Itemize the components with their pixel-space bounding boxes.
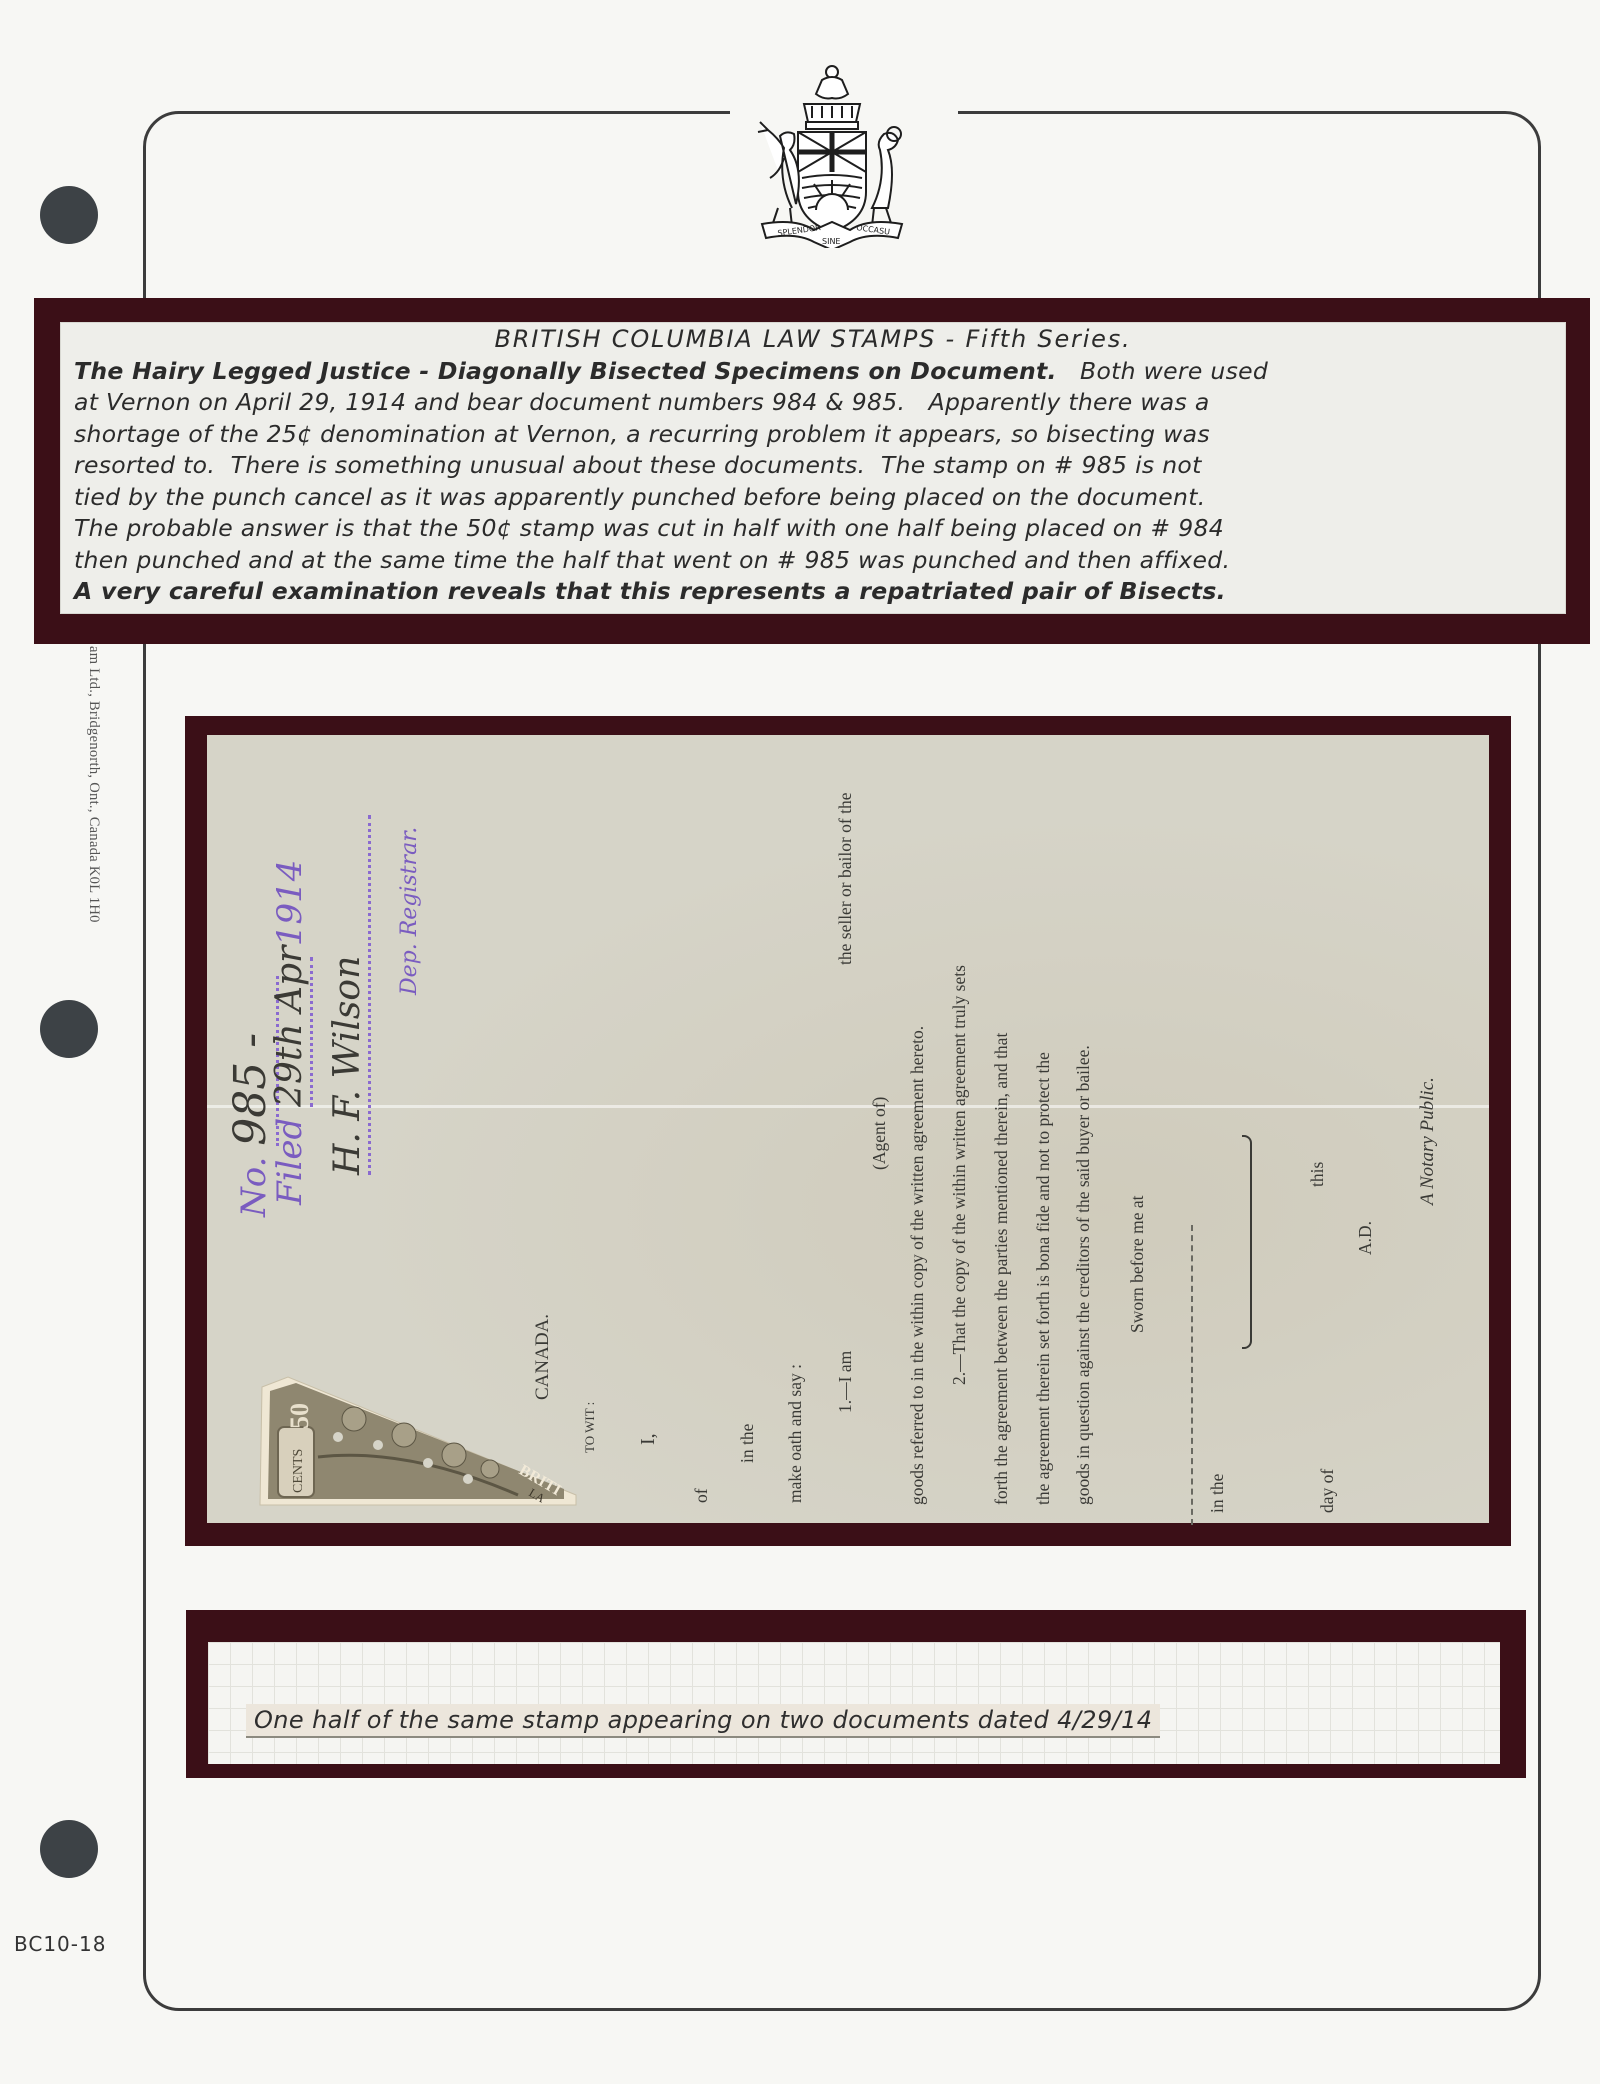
filing-date: Filed 29th Apr 1914	[269, 860, 313, 1205]
jurat-day-of: day of	[1317, 1469, 1338, 1513]
document-fold	[207, 1105, 1489, 1108]
description-card: BRITISH COLUMBIA LAW STAMPS - Fifth Seri…	[60, 322, 1566, 614]
form-clause1-end: the seller or bailor of the	[835, 792, 856, 965]
form-clause2-line2: forth the agreement between the parties …	[991, 1033, 1012, 1505]
jurat-blank-line	[1191, 1225, 1193, 1525]
caption-text: One half of the same stamp appearing on …	[246, 1704, 1160, 1738]
description-line: then punched and at the same time the ha…	[74, 545, 1552, 577]
form-clause2-line1: 2.—That the copy of the within written a…	[949, 965, 970, 1385]
svg-text:50: 50	[285, 1403, 314, 1429]
form-of: of	[691, 1488, 712, 1503]
svg-text:CENTS: CENTS	[291, 1449, 306, 1493]
description-title: BRITISH COLUMBIA LAW STAMPS - Fifth Seri…	[74, 324, 1552, 356]
description-line: at Vernon on April 29, 1914 and bear doc…	[74, 387, 1552, 419]
form-clause1-cont: goods referred to in the within copy of …	[907, 1026, 928, 1505]
description-line: A very careful examination reveals that …	[74, 576, 1552, 608]
registrar-signature: H. F. Wilson	[327, 815, 371, 1175]
form-agent-of: (Agent of)	[869, 1097, 890, 1170]
form-clause2-line4: goods in question against the creditors …	[1073, 1045, 1094, 1505]
publisher-imprint: am Ltd., Bridgenorth, Ont., Canada K0L 1…	[85, 646, 102, 946]
album-page-reference: BC10-18	[14, 1932, 106, 1956]
description-line: The probable answer is that the 50¢ stam…	[74, 513, 1552, 545]
notary-public: A Notary Public.	[1417, 1077, 1439, 1205]
binder-hole-top	[40, 186, 98, 244]
description-line: The Hairy Legged Justice - Diagonally Bi…	[74, 356, 1552, 388]
jurat-brace	[1242, 1135, 1252, 1349]
form-to-wit: TO WIT :	[582, 1402, 598, 1453]
form-in-the: in the	[737, 1424, 758, 1463]
description-line: resorted to. There is something unusual …	[74, 450, 1552, 482]
form-clause2-line3: the agreement therein set forth is bona …	[1033, 1052, 1054, 1505]
form-clause1-start: 1.—I am	[835, 1351, 856, 1413]
binder-hole-middle	[40, 1000, 98, 1058]
description-line: shortage of the 25¢ denomination at Vern…	[74, 419, 1552, 451]
form-i: I,	[637, 1433, 660, 1445]
svg-text:SINE: SINE	[822, 237, 840, 246]
bc-coat-of-arms-icon: SPLENDOR SINE OCCASU	[742, 58, 922, 248]
jurat-in-the: in the	[1207, 1474, 1228, 1513]
caption-card: One half of the same stamp appearing on …	[208, 1642, 1500, 1764]
form-make-oath: make oath and say :	[785, 1364, 806, 1503]
registrar-title: Dep. Registrar.	[397, 827, 422, 995]
binder-hole-bottom	[40, 1820, 98, 1878]
jurat-ad: A.D.	[1355, 1221, 1376, 1255]
bisected-law-stamp: CENTS 50 BRITI LA	[258, 1367, 580, 1507]
jurat-sworn: Sworn before me at	[1127, 1195, 1148, 1333]
description-line: tied by the punch cancel as it was appar…	[74, 482, 1552, 514]
jurat-this: this	[1307, 1162, 1328, 1187]
